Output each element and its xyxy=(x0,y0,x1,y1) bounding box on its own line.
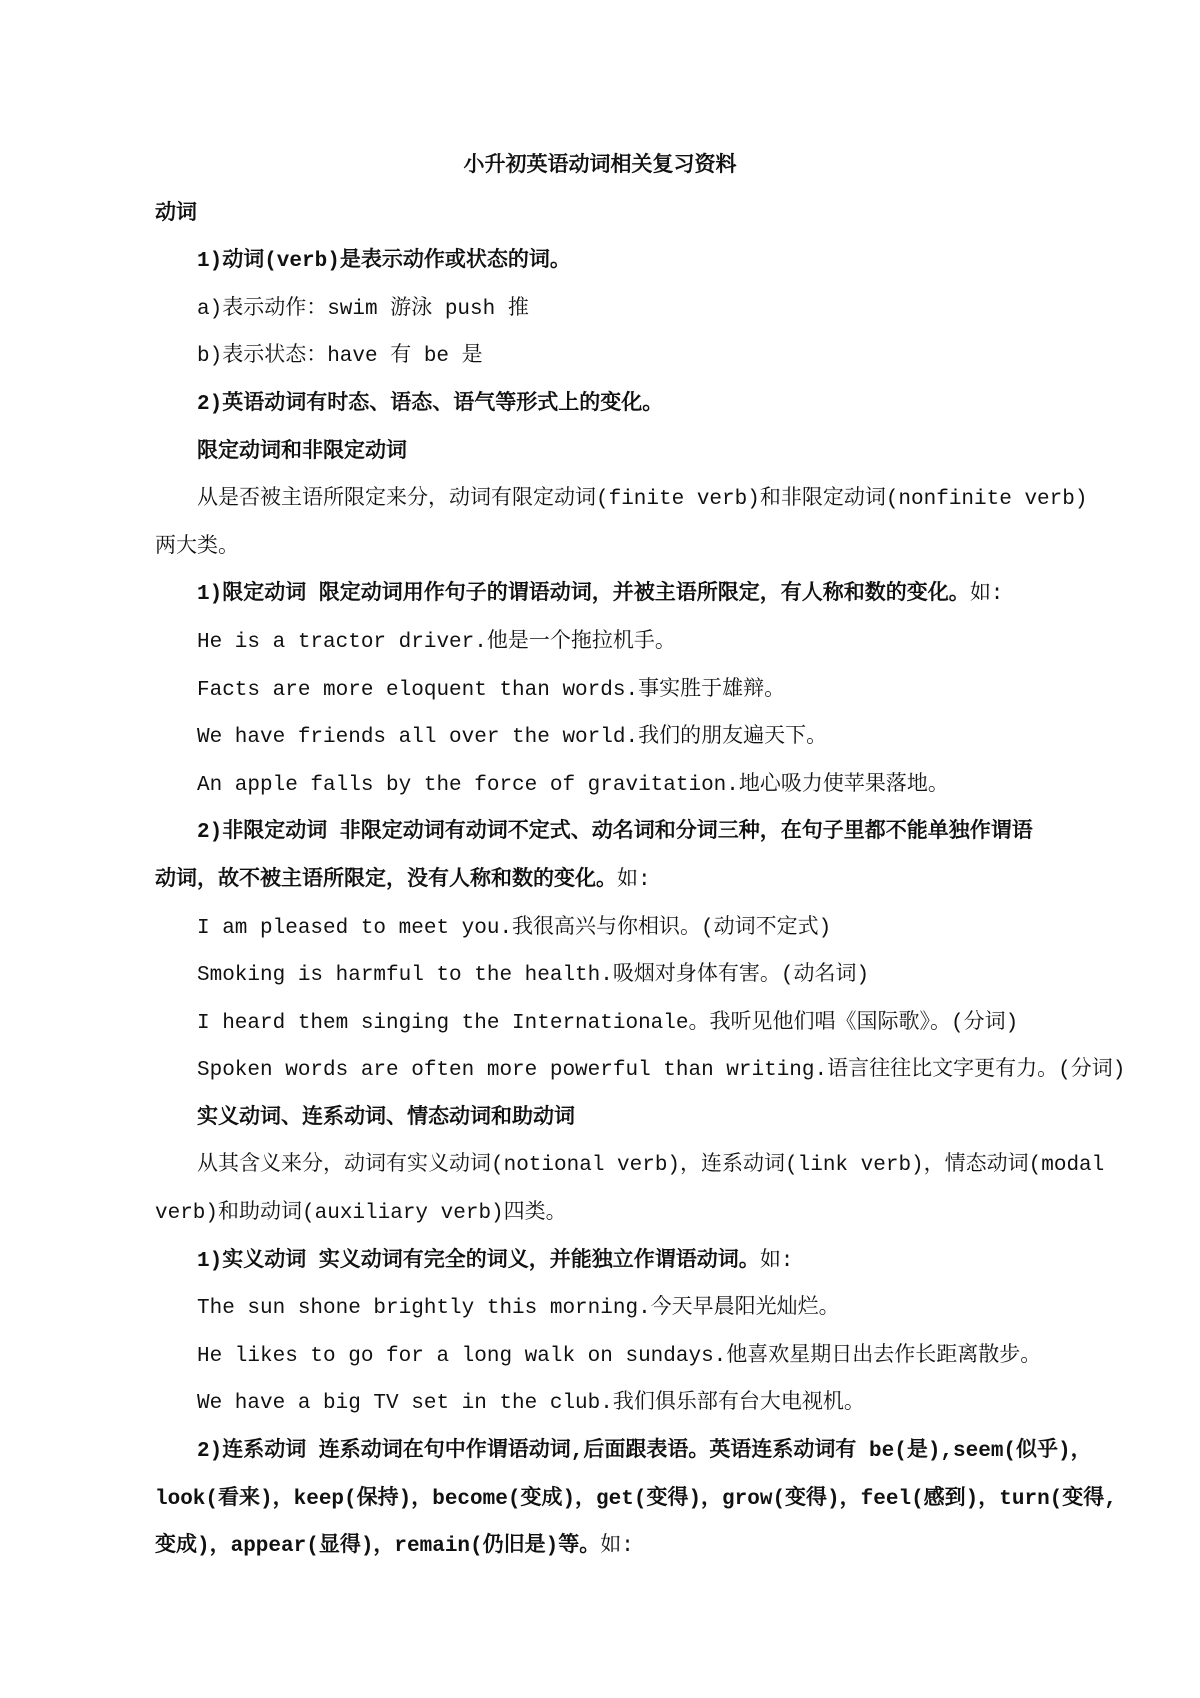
text-segment: 两大类。 xyxy=(155,536,239,559)
text-segment: a)表示动作：swim 游泳 push 推 xyxy=(197,298,529,321)
text-line: Facts are more eloquent than words.事实胜于雄… xyxy=(155,667,1045,715)
text-segment: Spoken words are often more powerful tha… xyxy=(197,1059,1125,1082)
text-line: 从其含义来分，动词有实义动词(notional verb)，连系动词(link … xyxy=(155,1142,1045,1190)
text-line: 2)连系动词 连系动词在句中作谓语动词,后面跟表语。英语连系动词有 be(是),… xyxy=(155,1428,1045,1476)
text-line: look(看来)，keep(保持)，become(变成)，get(变得)，gro… xyxy=(155,1476,1045,1524)
text-line: 从是否被主语所限定来分，动词有限定动词(finite verb)和非限定动词(n… xyxy=(155,476,1045,524)
text-segment: Smoking is harmful to the health.吸烟对身体有害… xyxy=(197,964,869,987)
text-line: 1)实义动词 实义动词有完全的词义，并能独立作谓语动词。如: xyxy=(155,1238,1045,1286)
text-line: 2)非限定动词 非限定动词有动词不定式、动名词和分词三种，在句子里都不能单独作谓… xyxy=(155,809,1045,857)
heading-verb: 动词 xyxy=(155,191,1045,239)
text-line: We have a big TV set in the club.我们俱乐部有台… xyxy=(155,1380,1045,1428)
text-line: a)表示动作：swim 游泳 push 推 xyxy=(155,286,1045,334)
text-line: An apple falls by the force of gravitati… xyxy=(155,762,1045,810)
text-segment: 1)动词(verb)是表示动作或状态的词。 xyxy=(197,250,571,273)
text-line: I heard them singing the Internationale。… xyxy=(155,1000,1045,1048)
text-segment: 如: xyxy=(600,1535,634,1558)
text-segment: 限定动词和非限定动词 xyxy=(197,441,407,464)
text-segment: We have a big TV set in the club.我们俱乐部有台… xyxy=(197,1392,865,1415)
text-line: 2)英语动词有时态、语态、语气等形式上的变化。 xyxy=(155,381,1045,429)
document-body: 小升初英语动词相关复习资料动词1)动词(verb)是表示动作或状态的词。a)表示… xyxy=(155,143,1045,1571)
text-segment: The sun shone brightly this morning.今天早晨… xyxy=(197,1297,840,1320)
text-segment: verb)和助动词(auxiliary verb)四类。 xyxy=(155,1202,567,1225)
text-segment: He is a tractor driver.他是一个拖拉机手。 xyxy=(197,631,676,654)
text-line: verb)和助动词(auxiliary verb)四类。 xyxy=(155,1190,1045,1238)
text-line: 动词，故不被主语所限定，没有人称和数的变化。如: xyxy=(155,857,1045,905)
text-line: 两大类。 xyxy=(155,524,1045,572)
text-segment: Facts are more eloquent than words.事实胜于雄… xyxy=(197,679,785,702)
text-line: I am pleased to meet you.我很高兴与你相识。(动词不定式… xyxy=(155,905,1045,953)
text-segment: We have friends all over the world.我们的朋友… xyxy=(197,726,827,749)
text-segment: I heard them singing the Internationale。… xyxy=(197,1012,1018,1035)
text-segment: An apple falls by the force of gravitati… xyxy=(197,774,949,797)
text-line: The sun shone brightly this morning.今天早晨… xyxy=(155,1285,1045,1333)
text-segment: 2)连系动词 连系动词在句中作谓语动词,后面跟表语。英语连系动词有 be(是),… xyxy=(197,1440,1092,1463)
text-segment: 实义动词、连系动词、情态动词和助动词 xyxy=(197,1107,575,1130)
doc-title: 小升初英语动词相关复习资料 xyxy=(155,143,1045,191)
heading-verb-classes: 实义动词、连系动词、情态动词和助动词 xyxy=(155,1095,1045,1143)
text-line: He is a tractor driver.他是一个拖拉机手。 xyxy=(155,619,1045,667)
text-segment: 动词 xyxy=(155,203,197,226)
document-page: 小升初英语动词相关复习资料动词1)动词(verb)是表示动作或状态的词。a)表示… xyxy=(0,0,1200,1698)
text-segment: I am pleased to meet you.我很高兴与你相识。(动词不定式… xyxy=(197,917,831,940)
text-segment: 如: xyxy=(970,583,1004,606)
text-segment: He likes to go for a long walk on sunday… xyxy=(197,1345,1041,1368)
text-segment: 如: xyxy=(617,869,651,892)
text-line: Smoking is harmful to the health.吸烟对身体有害… xyxy=(155,952,1045,1000)
text-line: 1)限定动词 限定动词用作句子的谓语动词，并被主语所限定，有人称和数的变化。如: xyxy=(155,571,1045,619)
text-segment: 从其含义来分，动词有实义动词(notional verb)，连系动词(link … xyxy=(197,1154,1104,1177)
text-segment: 如: xyxy=(760,1250,794,1273)
text-line: 变成)，appear(显得)，remain(仍旧是)等。如: xyxy=(155,1523,1045,1571)
text-segment: look(看来)，keep(保持)，become(变成)，get(变得)，gro… xyxy=(155,1488,1117,1511)
text-line: We have friends all over the world.我们的朋友… xyxy=(155,714,1045,762)
text-line: b)表示状态：have 有 be 是 xyxy=(155,333,1045,381)
text-segment: 2)英语动词有时态、语态、语气等形式上的变化。 xyxy=(197,393,663,416)
text-segment: 1)实义动词 实义动词有完全的词义，并能独立作谓语动词。 xyxy=(197,1250,760,1273)
text-line: 1)动词(verb)是表示动作或状态的词。 xyxy=(155,238,1045,286)
heading-finite-nonfinite: 限定动词和非限定动词 xyxy=(155,429,1045,477)
text-line: He likes to go for a long walk on sunday… xyxy=(155,1333,1045,1381)
text-segment: 2)非限定动词 非限定动词有动词不定式、动名词和分词三种，在句子里都不能单独作谓… xyxy=(197,821,1033,844)
text-segment: 1)限定动词 限定动词用作句子的谓语动词，并被主语所限定，有人称和数的变化。 xyxy=(197,583,970,606)
text-segment: 小升初英语动词相关复习资料 xyxy=(464,155,737,178)
text-segment: 变成)，appear(显得)，remain(仍旧是)等。 xyxy=(155,1535,600,1558)
text-line: Spoken words are often more powerful tha… xyxy=(155,1047,1045,1095)
text-segment: b)表示状态：have 有 be 是 xyxy=(197,345,483,368)
text-segment: 从是否被主语所限定来分，动词有限定动词(finite verb)和非限定动词(n… xyxy=(197,488,1087,511)
text-segment: 动词，故不被主语所限定，没有人称和数的变化。 xyxy=(155,869,617,892)
